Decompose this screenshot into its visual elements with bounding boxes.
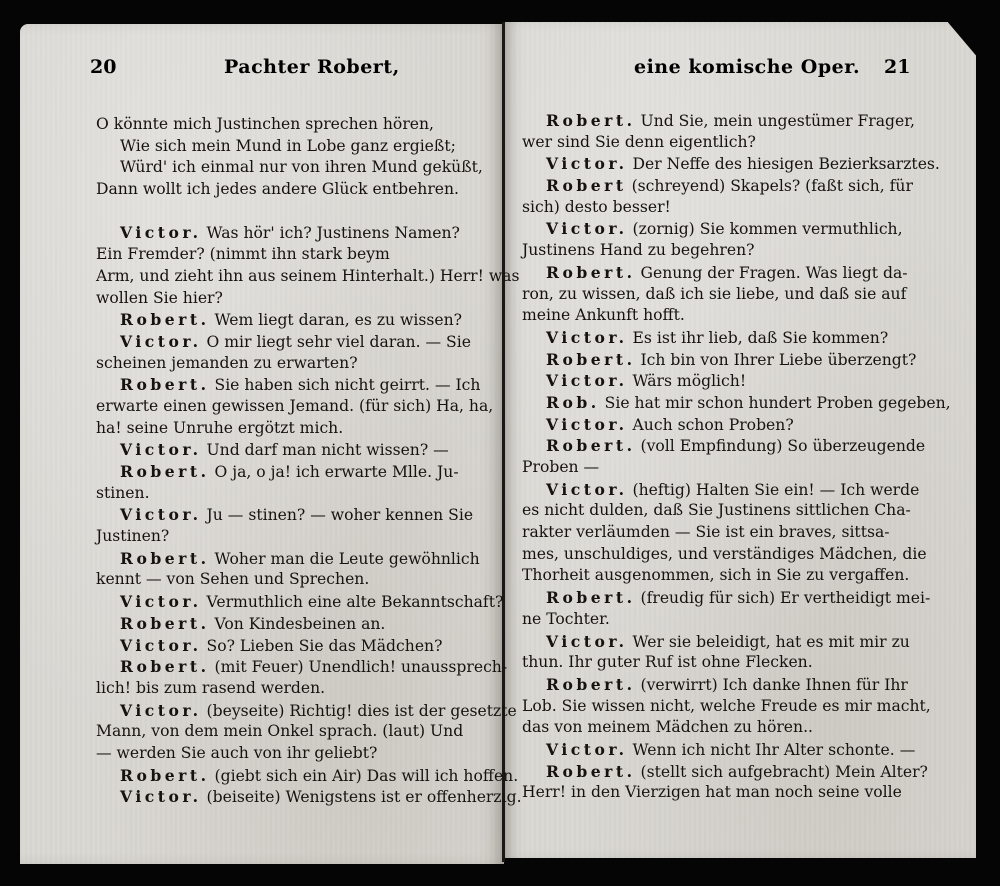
line-text: O könnte mich Justinchen sprechen hören, — [96, 115, 434, 133]
line-text: Mann, von dem mein Onkel sprach. (laut) … — [96, 722, 463, 740]
dialogue-line: Robert. Sie haben sich nicht geirrt. — I… — [96, 374, 496, 396]
line-text: Lob. Sie wissen nicht, welche Freude es … — [522, 697, 931, 715]
dialogue-line: Robert (schreyend) Skapels? (faßt sich, … — [522, 175, 922, 197]
dialogue-line: Victor. Wer sie beleidigt, hat es mit mi… — [522, 631, 922, 653]
text-line: Lob. Sie wissen nicht, welche Freude es … — [522, 696, 922, 718]
book-gutter — [502, 22, 505, 862]
dialogue-line: Victor. So? Lieben Sie das Mädchen? — [96, 635, 496, 657]
line-text: Wie sich mein Mund in Lobe ganz ergießt; — [120, 137, 456, 155]
line-text: Wenn ich nicht Ihr Alter schonte. — — [633, 741, 916, 759]
speaker-name: Robert. — [120, 614, 210, 633]
line-text: So? Lieben Sie das Mädchen? — [207, 637, 443, 655]
dialogue-line: Victor. (zornig) Sie kommen vermuthlich, — [522, 218, 922, 240]
dialogue-line: Victor. Auch schon Proben? — [522, 414, 922, 436]
speaker-name: Victor. — [546, 415, 628, 434]
running-head-right: eine komische Oper. — [634, 56, 860, 86]
text-line: ron, zu wissen, daß ich sie liebe, und d… — [522, 284, 922, 306]
running-head-left: Pachter Robert, — [224, 56, 400, 86]
speaker-name: Robert. — [546, 762, 636, 781]
text-line — [96, 201, 496, 223]
speaker-name: Victor. — [120, 223, 202, 242]
speaker-name: Victor. — [546, 632, 628, 651]
dialogue-line: Robert. Genung der Fragen. Was liegt da- — [522, 262, 922, 284]
dialogue-line: Rob. Sie hat mir schon hundert Proben ge… — [522, 392, 922, 414]
line-text: kennt — von Sehen und Sprechen. — [96, 570, 369, 588]
line-text: (giebt sich ein Air) Das will ich hoffen… — [215, 767, 519, 785]
text-line: mes, unschuldiges, und verständiges Mädc… — [522, 544, 922, 566]
line-text: es nicht dulden, daß Sie Justinens sittl… — [522, 501, 911, 519]
line-text: ron, zu wissen, daß ich sie liebe, und d… — [522, 285, 906, 303]
dialogue-line: Robert. (giebt sich ein Air) Das will ic… — [96, 765, 496, 787]
speaker-name: Robert. — [546, 263, 636, 282]
speaker-name: Robert. — [546, 675, 636, 694]
dialogue-line: Victor. Der Neffe des hiesigen Bezierksa… — [522, 153, 922, 175]
line-text: (beyseite) Richtig! dies ist der gesetzt… — [207, 702, 517, 720]
text-line: stinen. — [96, 483, 496, 505]
line-text: (freudig für sich) Er vertheidigt mei- — [641, 589, 931, 607]
line-text: Es ist ihr lieb, daß Sie kommen? — [633, 329, 889, 347]
dialogue-line: Robert. (mit Feuer) Unendlich! unausspre… — [96, 656, 496, 678]
speaker-name: Victor. — [120, 332, 202, 351]
text-line: Proben — — [522, 457, 922, 479]
text-line: das von meinem Mädchen zu hören.. — [522, 717, 922, 739]
text-line: Herr! in den Vierzigen hat man noch sein… — [522, 782, 922, 804]
line-text: Thorheit ausgenommen, sich in Sie zu ver… — [522, 566, 909, 584]
line-text: Und darf man nicht wissen? — — [207, 441, 449, 459]
dialogue-line: Victor. (beiseite) Wenigstens ist er off… — [96, 786, 496, 808]
speaker-name: Robert. — [546, 111, 636, 130]
speaker-name: Robert. — [546, 350, 636, 369]
speaker-name: Victor. — [546, 740, 628, 759]
text-line: scheinen jemanden zu erwarten? — [96, 353, 496, 375]
line-text: (zornig) Sie kommen vermuthlich, — [633, 220, 903, 238]
speaker-name: Victor. — [120, 592, 202, 611]
line-text: (beiseite) Wenigstens ist er offenherzig… — [207, 788, 522, 806]
dialogue-line: Victor. (heftig) Halten Sie ein! — Ich w… — [522, 479, 922, 501]
line-text: ne Tochter. — [522, 610, 610, 628]
line-text: das von meinem Mädchen zu hören.. — [522, 718, 813, 736]
speaker-name: Victor. — [120, 636, 202, 655]
line-text: stinen. — [96, 484, 150, 502]
speaker-name: Victor. — [546, 219, 628, 238]
text-line: Wie sich mein Mund in Lobe ganz ergießt; — [96, 136, 496, 158]
dialogue-line: Victor. Es ist ihr lieb, daß Sie kommen? — [522, 327, 922, 349]
line-text: Proben — — [522, 458, 599, 476]
line-text: erwarte einen gewissen Jemand. (für sich… — [96, 397, 493, 415]
text-line: meine Ankunft hofft. — [522, 305, 922, 327]
speaker-name: Robert. — [546, 588, 636, 607]
text-line: ha! seine Unruhe ergötzt mich. — [96, 418, 496, 440]
line-text: (mit Feuer) Unendlich! unaussprech- — [215, 658, 508, 676]
dialogue-line: Robert. Woher man die Leute gewöhnlich — [96, 548, 496, 570]
dialogue-line: Victor. Was hör' ich? Justinens Namen? — [96, 222, 496, 244]
text-line: lich! bis zum rasend werden. — [96, 678, 496, 700]
dialogue-line: Victor. Und darf man nicht wissen? — — [96, 439, 496, 461]
speaker-name: Robert. — [120, 375, 210, 394]
line-text: wollen Sie hier? — [96, 289, 223, 307]
line-text: O ja, o ja! ich erwarte Mlle. Ju- — [215, 463, 459, 481]
line-text: Vermuthlich eine alte Bekanntschaft? — [207, 593, 504, 611]
text-line: Thorheit ausgenommen, sich in Sie zu ver… — [522, 565, 922, 587]
text-line: erwarte einen gewissen Jemand. (für sich… — [96, 396, 496, 418]
dialogue-line: Robert. (voll Empfindung) So überzeugend… — [522, 435, 922, 457]
left-page-text: O könnte mich Justinchen sprechen hören,… — [96, 114, 496, 808]
text-line: Justinens Hand zu begehren? — [522, 240, 922, 262]
line-text: wer sind Sie denn eigentlich? — [522, 133, 756, 151]
line-text: Woher man die Leute gewöhnlich — [215, 550, 480, 568]
line-text: (verwirrt) Ich danke Ihnen für Ihr — [641, 676, 908, 694]
speaker-name: Victor. — [120, 440, 202, 459]
line-text: thun. Ihr guter Ruf ist ohne Flecken. — [522, 653, 813, 671]
text-line: Arm, und zieht ihn aus seinem Hinterhalt… — [96, 266, 496, 288]
text-line: — werden Sie auch von ihr geliebt? — [96, 743, 496, 765]
line-text: O mir liegt sehr viel daran. — Sie — [207, 333, 471, 351]
line-text: sich) desto besser! — [522, 198, 671, 216]
line-text: (heftig) Halten Sie ein! — Ich werde — [633, 481, 920, 499]
page-number-right: 21 — [884, 56, 910, 78]
page-number-left: 20 — [90, 56, 116, 78]
line-text: mes, unschuldiges, und verständiges Mädc… — [522, 545, 927, 563]
line-text: Ju — stinen? — woher kennen Sie — [207, 506, 474, 524]
line-text: Sie haben sich nicht geirrt. — Ich — [215, 376, 481, 394]
speaker-name: Robert. — [120, 310, 210, 329]
speaker-name: Robert. — [546, 436, 636, 455]
line-text: scheinen jemanden zu erwarten? — [96, 354, 358, 372]
line-text: (voll Empfindung) So überzeugende — [641, 437, 926, 455]
right-page-text: Robert. Und Sie, mein ungestümer Frager,… — [522, 110, 922, 804]
text-line: O könnte mich Justinchen sprechen hören, — [96, 114, 496, 136]
line-text: Herr! in den Vierzigen hat man noch sein… — [522, 783, 902, 801]
dialogue-line: Victor. (beyseite) Richtig! dies ist der… — [96, 700, 496, 722]
line-text: Wer sie beleidigt, hat es mit mir zu — [633, 633, 910, 651]
text-line: wollen Sie hier? — [96, 288, 496, 310]
line-text: Wärs möglich! — [633, 372, 747, 390]
dialogue-line: Robert. (verwirrt) Ich danke Ihnen für I… — [522, 674, 922, 696]
dialogue-line: Victor. O mir liegt sehr viel daran. — S… — [96, 331, 496, 353]
line-text: Der Neffe des hiesigen Bezierksarztes. — [633, 155, 940, 173]
line-text: lich! bis zum rasend werden. — [96, 679, 325, 697]
line-text: (schreyend) Skapels? (faßt sich, für — [632, 177, 913, 195]
text-line: thun. Ihr guter Ruf ist ohne Flecken. — [522, 652, 922, 674]
speaker-name: Victor. — [546, 480, 628, 499]
line-text: Und Sie, mein ungestümer Frager, — [641, 112, 915, 130]
speaker-name: Robert. — [120, 549, 210, 568]
dialogue-line: Robert. (stellt sich aufgebracht) Mein A… — [522, 761, 922, 783]
line-text: ha! seine Unruhe ergötzt mich. — [96, 419, 343, 437]
line-text: Sie hat mir schon hundert Proben gegeben… — [605, 394, 951, 412]
text-line: Ein Fremder? (nimmt ihn stark beym — [96, 244, 496, 266]
text-line: Mann, von dem mein Onkel sprach. (laut) … — [96, 721, 496, 743]
speaker-name: Robert — [546, 176, 627, 195]
line-text: Justinens Hand zu begehren? — [522, 241, 754, 259]
speaker-name: Robert. — [120, 462, 210, 481]
text-line: rakter verläumden — Sie ist ein braves, … — [522, 522, 922, 544]
line-text: Ich bin von Ihrer Liebe überzengt? — [641, 351, 917, 369]
line-text: — werden Sie auch von ihr geliebt? — [96, 744, 377, 762]
dialogue-line: Robert. (freudig für sich) Er vertheidig… — [522, 587, 922, 609]
text-line: kennt — von Sehen und Sprechen. — [96, 569, 496, 591]
dialogue-line: Robert. Und Sie, mein ungestümer Frager, — [522, 110, 922, 132]
line-text: Genung der Fragen. Was liegt da- — [641, 264, 908, 282]
line-text: Von Kindesbeinen an. — [215, 615, 386, 633]
line-text: Würd' ich einmal nur von ihren Mund gekü… — [120, 158, 483, 176]
text-line: es nicht dulden, daß Sie Justinens sittl… — [522, 500, 922, 522]
dialogue-line: Victor. Wärs möglich! — [522, 370, 922, 392]
dialogue-line: Victor. Ju — stinen? — woher kennen Sie — [96, 504, 496, 526]
line-text: Dann wollt ich jedes andere Glück entbeh… — [96, 180, 459, 198]
speaker-name: Victor. — [546, 154, 628, 173]
speaker-name: Victor. — [546, 328, 628, 347]
speaker-name: Victor. — [120, 787, 202, 806]
speaker-name: Victor. — [120, 505, 202, 524]
line-text: Arm, und zieht ihn aus seinem Hinterhalt… — [96, 267, 519, 285]
line-text: Wem liegt daran, es zu wissen? — [215, 311, 463, 329]
dialogue-line: Victor. Wenn ich nicht Ihr Alter schonte… — [522, 739, 922, 761]
dialogue-line: Robert. O ja, o ja! ich erwarte Mlle. Ju… — [96, 461, 496, 483]
text-line: Dann wollt ich jedes andere Glück entbeh… — [96, 179, 496, 201]
text-line: sich) desto besser! — [522, 197, 922, 219]
dialogue-line: Robert. Ich bin von Ihrer Liebe überzeng… — [522, 349, 922, 371]
line-text: rakter verläumden — Sie ist ein braves, … — [522, 523, 890, 541]
line-text: (stellt sich aufgebracht) Mein Alter? — [641, 763, 928, 781]
speaker-name: Victor. — [120, 701, 202, 720]
dialogue-line: Robert. Wem liegt daran, es zu wissen? — [96, 309, 496, 331]
speaker-name: Victor. — [546, 371, 628, 390]
text-line: Justinen? — [96, 526, 496, 548]
line-text: Justinen? — [96, 527, 169, 545]
line-text: meine Ankunft hofft. — [522, 306, 685, 324]
dialogue-line: Robert. Von Kindesbeinen an. — [96, 613, 496, 635]
speaker-name: Robert. — [120, 766, 210, 785]
speaker-name: Rob. — [546, 393, 600, 412]
dialogue-line: Victor. Vermuthlich eine alte Bekanntsch… — [96, 591, 496, 613]
speaker-name: Robert. — [120, 657, 210, 676]
line-text: Ein Fremder? (nimmt ihn stark beym — [96, 245, 390, 263]
text-line: wer sind Sie denn eigentlich? — [522, 132, 922, 154]
text-line: Würd' ich einmal nur von ihren Mund gekü… — [96, 157, 496, 179]
line-text: Auch schon Proben? — [633, 416, 794, 434]
line-text: Was hör' ich? Justinens Namen? — [207, 224, 460, 242]
text-line: ne Tochter. — [522, 609, 922, 631]
